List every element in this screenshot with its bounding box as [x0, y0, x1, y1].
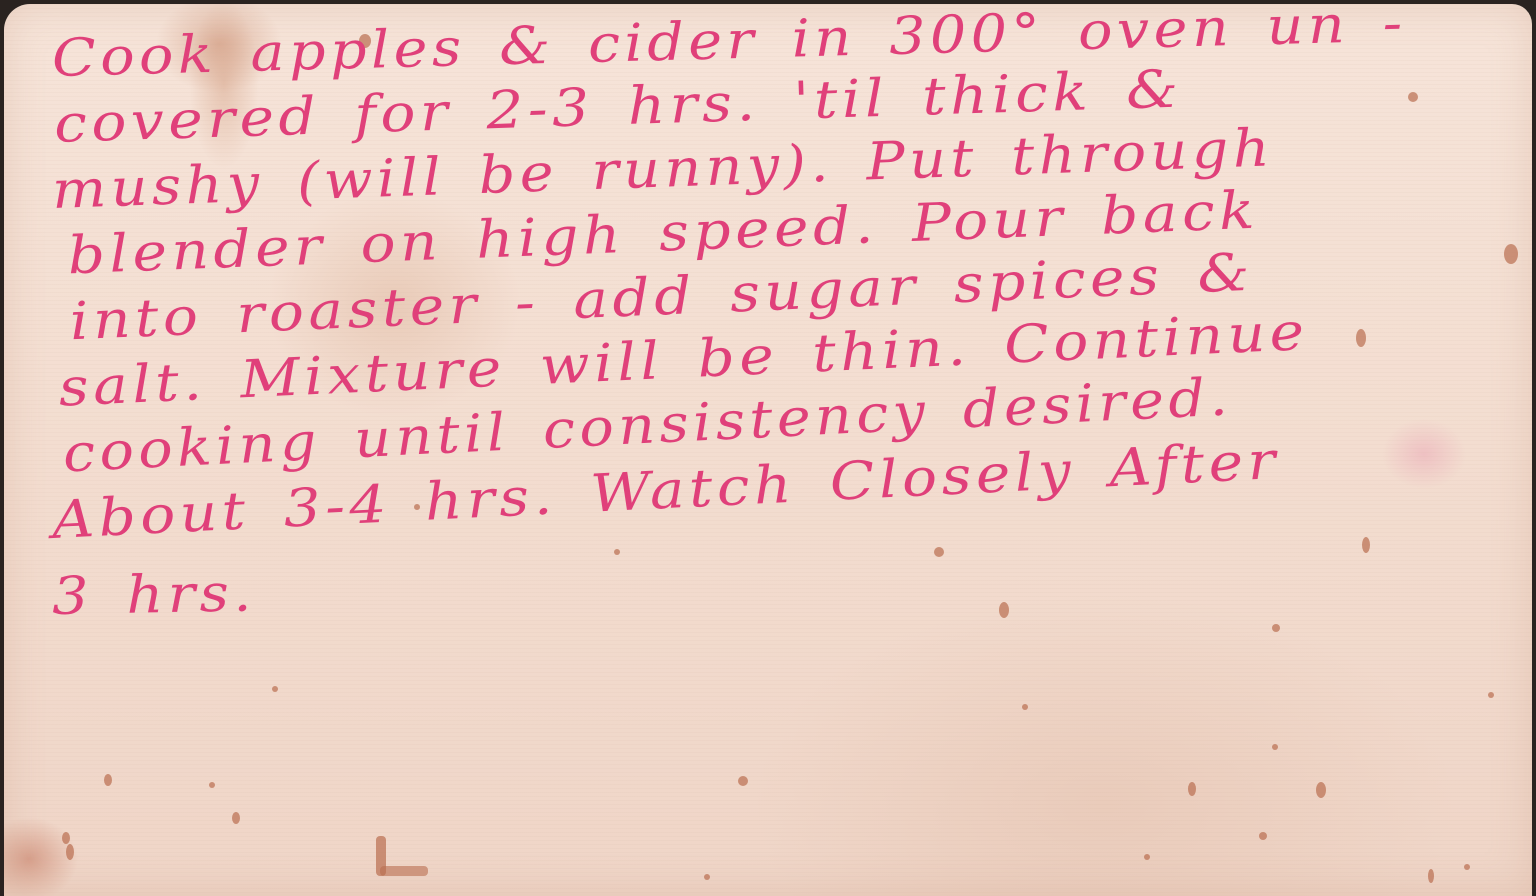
recipe-instructions: Cook apples & cider in 300° oven un - co… [52, 26, 1492, 630]
stain-spot [1464, 864, 1470, 870]
stain-spot [738, 776, 748, 786]
recipe-card: Cook apples & cider in 300° oven un - co… [4, 4, 1532, 896]
stain-spot [66, 844, 74, 860]
stain-spot [209, 782, 215, 788]
stain-spot [1188, 782, 1196, 796]
stain-spot [1428, 869, 1434, 883]
stain-spot [1022, 704, 1028, 710]
stain-spot [1272, 744, 1278, 750]
stain-spot [1316, 782, 1326, 798]
stain-spot [232, 812, 240, 824]
stain-spot [1488, 692, 1494, 698]
stain-spot [1259, 832, 1267, 840]
stain-spot [1144, 854, 1150, 860]
stain-mark [380, 866, 428, 876]
stain-spot [104, 774, 112, 786]
stain-spot [704, 874, 710, 880]
stain-spot [272, 686, 278, 692]
stain-spot [62, 832, 70, 844]
